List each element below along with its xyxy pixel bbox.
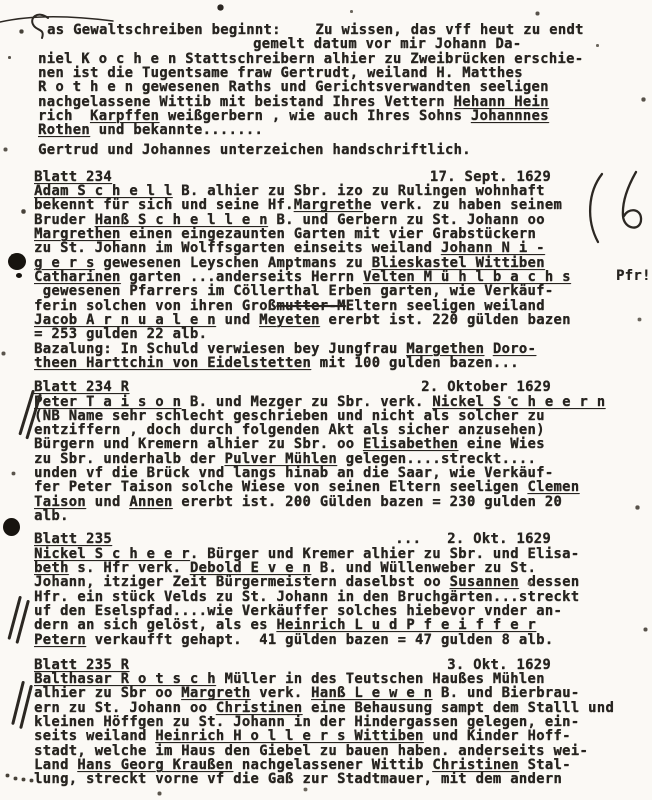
document-line: Margrethen einen eingezaunten Garten mit… xyxy=(34,227,608,241)
document-body: as Gewaltschreiben beginnt: Zu wissen, d… xyxy=(34,23,608,787)
document-line: Catharinen garten ...anderseits Herrn Ve… xyxy=(34,270,608,284)
entry-date: 3. Okt. 1629 xyxy=(447,658,551,672)
document-line: zu Sbr. underhalb der Pulver Mühlen gele… xyxy=(34,452,608,466)
document-line: Bürgern und Kremern alhier zu Sbr. oo El… xyxy=(34,437,608,451)
document-line: Johann, itziger Zeit Bürgermeistern dase… xyxy=(34,575,608,589)
entry-header: Blatt 23417. Sept. 1629 xyxy=(34,170,608,184)
section-blatt-235: Blatt 235... 2. Okt. 1629Nickel S c h e … xyxy=(34,532,608,647)
section-blatt-235-r: Blatt 235 R3. Okt. 1629Balthasar R o t s… xyxy=(34,658,608,787)
entry-blatt-label: Blatt 234 R xyxy=(34,379,129,395)
document-line: = 253 gulden 22 alb. xyxy=(34,327,608,341)
document-line: Bazalung: In Schuld verwiesen bey Jungfr… xyxy=(34,342,608,356)
document-line: Peter T a i s o n B. und Mezger zu Sbr. … xyxy=(34,395,608,409)
document-line: nachgelassene Wittib mit beistand Ihres … xyxy=(34,95,608,109)
entry-header: Blatt 234 R2. Oktober 1629 xyxy=(34,380,608,394)
document-line: seits weiland Heinrich H o l l e r s Wit… xyxy=(34,729,608,743)
scratch-line-icon xyxy=(0,10,120,32)
document-line: Taison und Annen ererbt ist. 200 Gülden … xyxy=(34,495,608,509)
section-blatt-234: Blatt 23417. Sept. 1629Adam S c h e l l … xyxy=(34,170,608,370)
document-line: Land Hans Georg Kraußen nachgelassener W… xyxy=(34,758,608,772)
document-line: gewesenen Pfarrers im Cöllerthal Erben g… xyxy=(34,284,608,298)
document-line: uf den Eselspfad....wie Verkäuffer solch… xyxy=(34,604,608,618)
document-line: Nickel S c h e e r. Bürger und Kremer al… xyxy=(34,547,608,561)
document-line: Gertrud und Johannes unterzeichen handsc… xyxy=(34,143,608,157)
entry-date: 17. Sept. 1629 xyxy=(430,170,551,184)
hole-punch-icon xyxy=(8,253,26,270)
document-line: Rothen und bekannte....... xyxy=(34,123,608,137)
handwritten-d-correction-icon xyxy=(24,11,52,43)
document-line: alb. xyxy=(34,509,608,523)
document-line: unden vf die Brück vnd langs hinab an di… xyxy=(34,466,608,480)
document-line: as Gewaltschreiben beginnt: Zu wissen, d… xyxy=(34,23,608,37)
document-line: kleinen Höffgen zu St. Johann in der Hin… xyxy=(34,715,608,729)
handwritten-circled-6-icon xyxy=(580,168,652,248)
document-line: alhier zu Sbr oo Margreth verk. Hanß L e… xyxy=(34,686,608,700)
document-line: Petern verkaufft gehapt. 41 gülden bazen… xyxy=(34,633,608,647)
document-line: theen Harttchin von Eidelstetten mit 100… xyxy=(34,356,608,370)
document-line: lung, streckt vorne vf die Gaß zur Stadt… xyxy=(34,772,608,786)
document-line: bekennt für sich und seine Hf.Margrethe … xyxy=(34,198,608,212)
scanned-document-page: as Gewaltschreiben beginnt: Zu wissen, d… xyxy=(0,0,652,800)
entry-date: ... 2. Okt. 1629 xyxy=(395,532,551,546)
document-line: ern zu St. Johann oo Christinen eine Beh… xyxy=(34,701,608,715)
document-line: Jacob A r n u a l e n und Meyeten ererbt… xyxy=(34,313,608,327)
document-line: gemelt datum vor mir Johann Da- xyxy=(34,37,608,51)
document-line: stadt, welche im Haus den Giebel zu baue… xyxy=(34,744,608,758)
section-gewaltschreiben: as Gewaltschreiben beginnt: Zu wissen, d… xyxy=(34,23,608,138)
document-line: (NB Name sehr schlecht geschrieben und n… xyxy=(34,409,608,423)
document-line: R o t h e n gewesenen Raths und Gerichts… xyxy=(34,80,608,94)
document-line: entziffern , doch durch folgenden Akt al… xyxy=(34,423,608,437)
hole-punch-icon xyxy=(3,518,20,536)
document-line: fer Peter Taison solche Wiese von seinen… xyxy=(34,480,608,494)
section-blatt-234-r: Blatt 234 R2. Oktober 1629Peter T a i s … xyxy=(34,380,608,523)
document-line: rich Karpffen weißgerbern , wie auch Ihr… xyxy=(34,109,608,123)
entry-date: 2. Oktober 1629 xyxy=(421,380,551,394)
entry-header: Blatt 235 R3. Okt. 1629 xyxy=(34,658,608,672)
entry-blatt-label: Blatt 235 xyxy=(34,531,112,547)
section-unterschrift: Gertrud und Johannes unterzeichen handsc… xyxy=(34,143,608,157)
document-line: beth s. Hfr verk. Debold E v e n B. und … xyxy=(34,561,608,575)
document-line: Balthasar R o t s c h Müller in des Teut… xyxy=(34,672,608,686)
document-line: Hfr. ein stück Velds zu St. Johann in de… xyxy=(34,590,608,604)
document-line: niel K o c h e n Stattschreibern alhier … xyxy=(34,52,608,66)
document-line: g e r s gewesenen Leyschen Amptmans zu B… xyxy=(34,256,608,270)
document-line: dern an sich gelöst, als es Heinrich L u… xyxy=(34,618,608,632)
margin-note-pfr: Pfr! xyxy=(616,268,651,284)
document-line: ferin solchen von ihren Großmutter-MElte… xyxy=(34,299,608,313)
entry-blatt-label: Blatt 235 R xyxy=(34,657,129,673)
document-line: zu St. Johann im Wolffsgarten einseits w… xyxy=(34,241,608,255)
document-line: Adam S c h e l l B. alhier zu Sbr. izo z… xyxy=(34,184,608,198)
document-line: Bruder Hanß S c h e l l e n B. und Gerbe… xyxy=(34,213,608,227)
document-line: nen ist die Tugentsame fraw Gertrudt, we… xyxy=(34,66,608,80)
entry-blatt-label: Blatt 234 xyxy=(34,169,112,185)
entry-header: Blatt 235... 2. Okt. 1629 xyxy=(34,532,608,546)
